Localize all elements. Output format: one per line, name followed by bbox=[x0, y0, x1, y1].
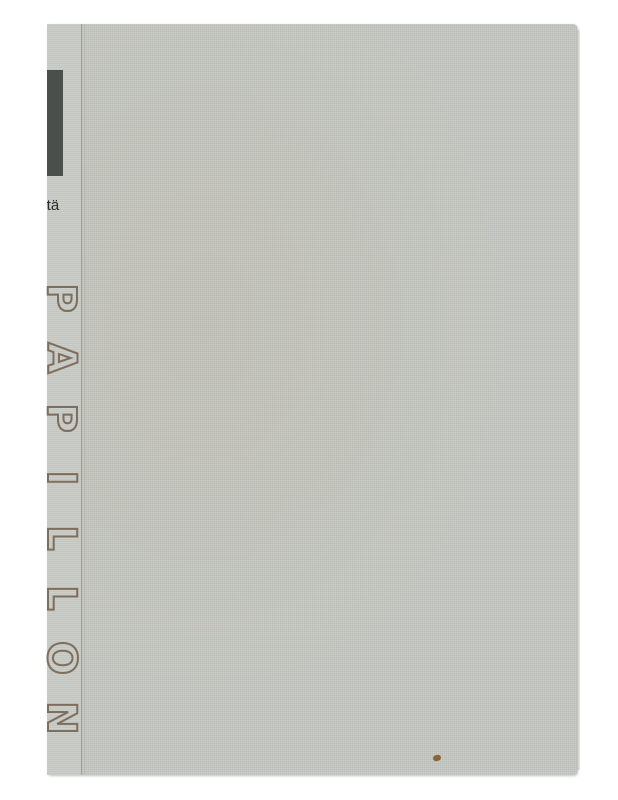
page-edge bbox=[577, 30, 580, 770]
book-cover: ki eltä P A P I L L O N bbox=[47, 24, 577, 775]
stain-mark bbox=[432, 754, 441, 762]
spine-title: P A P I L L O N bbox=[41, 269, 81, 749]
author-line-1: ki bbox=[47, 179, 81, 197]
spine-dark-panel bbox=[47, 70, 63, 176]
book-spine: ki eltä P A P I L L O N bbox=[47, 24, 82, 775]
author-line-2: eltä bbox=[47, 197, 81, 215]
spine-author: ki eltä bbox=[47, 179, 81, 215]
spine-hinge bbox=[81, 24, 85, 775]
